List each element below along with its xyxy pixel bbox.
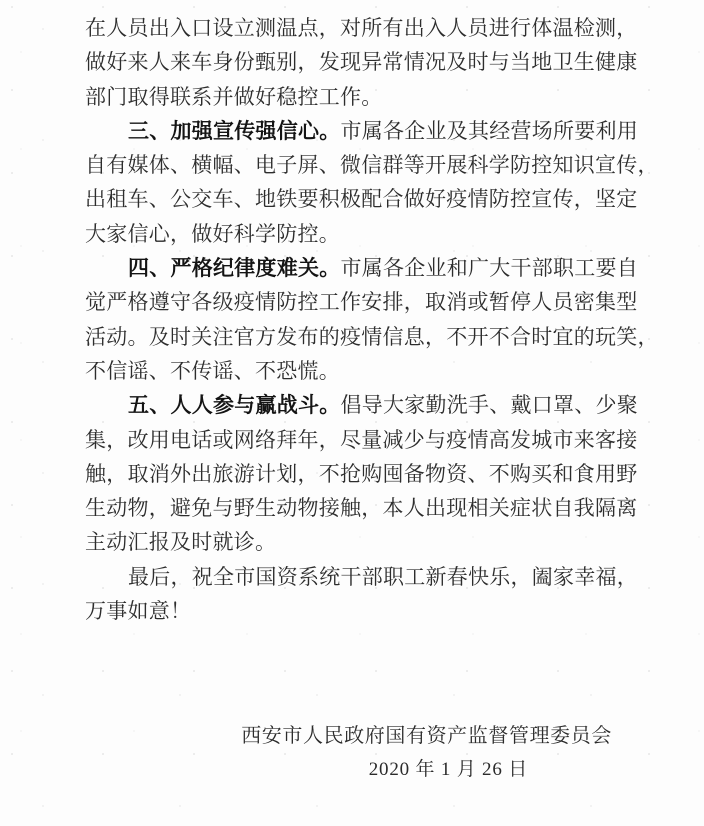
text-line: 生动物，避免与野生动物接触，本人出现相关症状自我隔离 (85, 491, 645, 525)
signature-date: 2020 年 1 月 26 日 (369, 756, 528, 784)
text-run: 市属各企业及其经营场所要利用 (341, 119, 639, 143)
text-line: 自有媒体、横幅、电子屏、微信群等开展科学防控知识宣传， (85, 148, 645, 182)
text-line: 在人员出入口设立测温点，对所有出入人员进行体温检测， (85, 11, 645, 45)
document-page: 在人员出入口设立测温点，对所有出入人员进行体温检测， 做好来人来车身份甄别，发现… (0, 0, 704, 826)
text-line: 出租车、公交车、地铁要积极配合做好疫情防控宣传，坚定 (85, 182, 645, 216)
text-line: 集，改用电话或网络拜年，尽量减少与疫情高发城市来客接 (85, 423, 645, 457)
paragraph-section-4: 四、严格纪律度难关。市属各企业和广大干部职工要自 觉严格遵守各级疫情防控工作安排… (85, 251, 645, 388)
section-heading: 四、严格纪律度难关。 (128, 256, 341, 280)
text-line: 觉严格遵守各级疫情防控工作安排，取消或暂停人员密集型 (85, 285, 645, 319)
text-run: 市属各企业和广大干部职工要自 (341, 256, 639, 280)
text-run: 倡导大家勤洗手、戴口罩、少聚 (341, 393, 639, 417)
section-heading: 五、人人参与赢战斗。 (128, 393, 341, 417)
text-line: 不信谣、不传谣、不恐慌。 (85, 354, 645, 388)
text-line: 三、加强宣传强信心。市属各企业及其经营场所要利用 (85, 114, 645, 148)
text-line: 四、严格纪律度难关。市属各企业和广大干部职工要自 (85, 251, 645, 285)
text-line: 大家信心，做好科学防控。 (85, 217, 645, 251)
text-line: 万事如意！ (85, 594, 645, 628)
paragraph-section-5: 五、人人参与赢战斗。倡导大家勤洗手、戴口罩、少聚 集，改用电话或网络拜年，尽量减… (85, 388, 645, 559)
paragraph-section-3: 三、加强宣传强信心。市属各企业及其经营场所要利用 自有媒体、横幅、电子屏、微信群… (85, 114, 645, 251)
text-line: 活动。及时关注官方发布的疫情信息，不开不合时宜的玩笑， (85, 320, 645, 354)
paragraph-intro: 在人员出入口设立测温点，对所有出入人员进行体温检测， 做好来人来车身份甄别，发现… (85, 11, 645, 114)
text-line: 部门取得联系并做好稳控工作。 (85, 80, 645, 114)
signature-organization: 西安市人民政府国有资产监督管理委员会 (241, 721, 612, 751)
text-line: 触，取消外出旅游计划，不抢购囤备物资、不购买和食用野 (85, 457, 645, 491)
document-body: 在人员出入口设立测温点，对所有出入人员进行体温检测， 做好来人来车身份甄别，发现… (85, 11, 645, 628)
paragraph-closing: 最后，祝全市国资系统干部职工新春快乐，阖家幸福， 万事如意！ (85, 560, 645, 629)
text-line: 做好来人来车身份甄别，发现异常情况及时与当地卫生健康 (85, 45, 645, 79)
text-line: 五、人人参与赢战斗。倡导大家勤洗手、戴口罩、少聚 (85, 388, 645, 422)
text-line: 最后，祝全市国资系统干部职工新春快乐，阖家幸福， (85, 560, 645, 594)
text-line: 主动汇报及时就诊。 (85, 525, 645, 559)
section-heading: 三、加强宣传强信心。 (128, 119, 341, 143)
